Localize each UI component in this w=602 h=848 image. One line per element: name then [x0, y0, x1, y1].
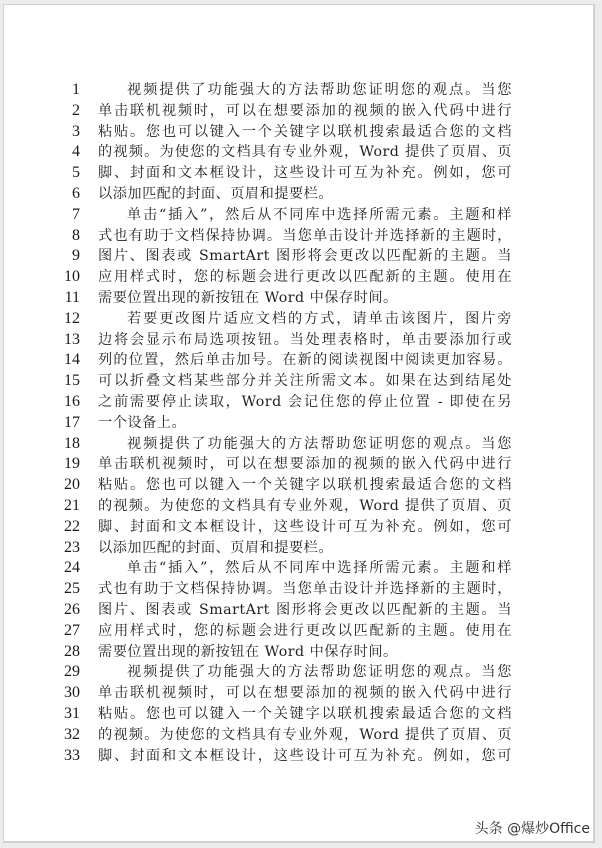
line-text: 的视频。为使您的文档具有专业外观，Word 提供了页眉、页 — [98, 496, 512, 517]
document-line: 23以添加匹配的封面、页眉和提要栏。 — [4, 538, 593, 559]
document-line: 12若要更改图片适应文档的方式，请单击该图片，图片旁 — [4, 309, 593, 330]
line-text: 单击“插入”，然后从不同库中选择所需元素。主题和样 — [98, 558, 512, 579]
line-number: 19 — [54, 454, 80, 475]
document-line: 26图片、图表或 SmartArt 图形将会更改以匹配新的主题。当 — [4, 600, 593, 621]
line-text: 需要位置出现的新按钮在 Word 中保存时间。 — [98, 642, 512, 663]
line-text: 粘贴。您也可以键入一个关键字以联机搜索最适合您的文档 — [98, 475, 512, 496]
document-line: 32的视频。为使您的文档具有专业外观，Word 提供了页眉、页 — [4, 725, 593, 746]
line-number: 12 — [54, 309, 80, 330]
line-text: 图片、图表或 SmartArt 图形将会更改以匹配新的主题。当 — [98, 600, 512, 621]
line-text: 单击“插入”，然后从不同库中选择所需元素。主题和样 — [98, 205, 512, 226]
document-line: 25式也有助于文档保持协调。当您单击设计并选择新的主题时， — [4, 579, 593, 600]
document-line: 5脚、封面和文本框设计，这些设计可互为补充。例如，您可 — [4, 163, 593, 184]
line-text: 以添加匹配的封面、页眉和提要栏。 — [98, 538, 512, 559]
document-line: 31粘贴。您也可以键入一个关键字以联机搜索最适合您的文档 — [4, 704, 593, 725]
line-text: 单击联机视频时，可以在想要添加的视频的嵌入代码中进行 — [98, 454, 512, 475]
document-line: 21的视频。为使您的文档具有专业外观，Word 提供了页眉、页 — [4, 496, 593, 517]
line-number: 25 — [54, 579, 80, 600]
line-text: 视频提供了功能强大的方法帮助您证明您的观点。当您 — [98, 662, 512, 683]
document-line: 22脚、封面和文本框设计，这些设计可互为补充。例如，您可 — [4, 517, 593, 538]
document-page: 1视频提供了功能强大的方法帮助您证明您的观点。当您 2单击联机视频时，可以在想要… — [3, 4, 595, 843]
line-text: 脚、封面和文本框设计，这些设计可互为补充。例如，您可 — [98, 163, 512, 184]
document-line: 20粘贴。您也可以键入一个关键字以联机搜索最适合您的文档 — [4, 475, 593, 496]
line-number: 33 — [54, 746, 80, 767]
line-text: 应用样式时，您的标题会进行更改以匹配新的主题。使用在 — [98, 621, 512, 642]
document-line: 7单击“插入”，然后从不同库中选择所需元素。主题和样 — [4, 205, 593, 226]
line-text: 式也有助于文档保持协调。当您单击设计并选择新的主题时， — [98, 579, 512, 600]
line-text: 的视频。为使您的文档具有专业外观，Word 提供了页眉、页 — [98, 142, 512, 163]
line-text: 的视频。为使您的文档具有专业外观，Word 提供了页眉、页 — [98, 725, 512, 746]
line-number: 7 — [54, 205, 80, 226]
line-number: 26 — [54, 600, 80, 621]
line-text: 若要更改图片适应文档的方式，请单击该图片，图片旁 — [98, 309, 512, 330]
document-line: 14列的位置，然后单击加号。在新的阅读视图中阅读更加容易。 — [4, 350, 593, 371]
line-number: 4 — [54, 142, 80, 163]
document-line: 13边将会显示布局选项按钮。当处理表格时，单击要添加行或 — [4, 330, 593, 351]
line-number: 20 — [54, 475, 80, 496]
line-number: 14 — [54, 350, 80, 371]
document-line: 3粘贴。您也可以键入一个关键字以联机搜索最适合您的文档 — [4, 122, 593, 143]
line-text: 以添加匹配的封面、页眉和提要栏。 — [98, 184, 512, 205]
document-line: 2单击联机视频时，可以在想要添加的视频的嵌入代码中进行 — [4, 101, 593, 122]
line-number: 9 — [54, 246, 80, 267]
line-text: 可以折叠文档某些部分并关注所需文本。如果在达到结尾处 — [98, 371, 512, 392]
document-line: 6以添加匹配的封面、页眉和提要栏。 — [4, 184, 593, 205]
line-number: 23 — [54, 538, 80, 559]
line-text: 之前需要停止读取，Word 会记住您的停止位置 - 即使在另 — [98, 392, 512, 413]
document-line: 8式也有助于文档保持协调。当您单击设计并选择新的主题时， — [4, 226, 593, 247]
document-line: 10应用样式时，您的标题会进行更改以匹配新的主题。使用在 — [4, 267, 593, 288]
line-number: 17 — [54, 413, 80, 434]
line-number: 28 — [54, 642, 80, 663]
line-number: 22 — [54, 517, 80, 538]
line-text: 单击联机视频时，可以在想要添加的视频的嵌入代码中进行 — [98, 683, 512, 704]
line-number: 32 — [54, 725, 80, 746]
document-line: 19单击联机视频时，可以在想要添加的视频的嵌入代码中进行 — [4, 454, 593, 475]
document-line: 27应用样式时，您的标题会进行更改以匹配新的主题。使用在 — [4, 621, 593, 642]
line-number: 8 — [54, 226, 80, 247]
line-text: 一个设备上。 — [98, 413, 512, 434]
line-text: 视频提供了功能强大的方法帮助您证明您的观点。当您 — [98, 434, 512, 455]
document-line: 9图片、图表或 SmartArt 图形将会更改以匹配新的主题。当 — [4, 246, 593, 267]
document-line: 24单击“插入”，然后从不同库中选择所需元素。主题和样 — [4, 558, 593, 579]
document-line: 17一个设备上。 — [4, 413, 593, 434]
line-number: 11 — [54, 288, 80, 309]
line-text: 式也有助于文档保持协调。当您单击设计并选择新的主题时， — [98, 226, 512, 247]
document-line: 29视频提供了功能强大的方法帮助您证明您的观点。当您 — [4, 662, 593, 683]
line-number: 16 — [54, 392, 80, 413]
document-line: 30单击联机视频时，可以在想要添加的视频的嵌入代码中进行 — [4, 683, 593, 704]
line-number: 13 — [54, 330, 80, 351]
line-text: 列的位置，然后单击加号。在新的阅读视图中阅读更加容易。 — [98, 350, 512, 371]
line-number: 1 — [54, 80, 80, 101]
line-text: 需要位置出现的新按钮在 Word 中保存时间。 — [98, 288, 512, 309]
watermark: 头条 @爆炒Office — [475, 818, 590, 838]
document-line: 11需要位置出现的新按钮在 Word 中保存时间。 — [4, 288, 593, 309]
line-text: 粘贴。您也可以键入一个关键字以联机搜索最适合您的文档 — [98, 122, 512, 143]
line-number: 10 — [54, 267, 80, 288]
line-number: 29 — [54, 662, 80, 683]
document-line: 4的视频。为使您的文档具有专业外观，Word 提供了页眉、页 — [4, 142, 593, 163]
document-line: 33脚、封面和文本框设计，这些设计可互为补充。例如，您可 — [4, 746, 593, 767]
document-line: 1视频提供了功能强大的方法帮助您证明您的观点。当您 — [4, 80, 593, 101]
line-number: 30 — [54, 683, 80, 704]
line-text: 图片、图表或 SmartArt 图形将会更改以匹配新的主题。当 — [98, 246, 512, 267]
line-text: 视频提供了功能强大的方法帮助您证明您的观点。当您 — [98, 80, 512, 101]
line-number: 24 — [54, 558, 80, 579]
line-number: 2 — [54, 101, 80, 122]
line-number: 15 — [54, 371, 80, 392]
document-line: 16之前需要停止读取，Word 会记住您的停止位置 - 即使在另 — [4, 392, 593, 413]
line-number: 21 — [54, 496, 80, 517]
document-body[interactable]: 1视频提供了功能强大的方法帮助您证明您的观点。当您 2单击联机视频时，可以在想要… — [4, 80, 593, 766]
line-number: 3 — [54, 122, 80, 143]
document-line: 28需要位置出现的新按钮在 Word 中保存时间。 — [4, 642, 593, 663]
document-line: 18视频提供了功能强大的方法帮助您证明您的观点。当您 — [4, 434, 593, 455]
line-text: 脚、封面和文本框设计，这些设计可互为补充。例如，您可 — [98, 517, 512, 538]
line-text: 脚、封面和文本框设计，这些设计可互为补充。例如，您可 — [98, 746, 512, 767]
document-line: 15可以折叠文档某些部分并关注所需文本。如果在达到结尾处 — [4, 371, 593, 392]
line-number: 5 — [54, 163, 80, 184]
line-text: 单击联机视频时，可以在想要添加的视频的嵌入代码中进行 — [98, 101, 512, 122]
line-text: 粘贴。您也可以键入一个关键字以联机搜索最适合您的文档 — [98, 704, 512, 725]
line-number: 6 — [54, 184, 80, 205]
line-number: 31 — [54, 704, 80, 725]
line-number: 27 — [54, 621, 80, 642]
line-number: 18 — [54, 434, 80, 455]
line-text: 应用样式时，您的标题会进行更改以匹配新的主题。使用在 — [98, 267, 512, 288]
line-text: 边将会显示布局选项按钮。当处理表格时，单击要添加行或 — [98, 330, 512, 351]
